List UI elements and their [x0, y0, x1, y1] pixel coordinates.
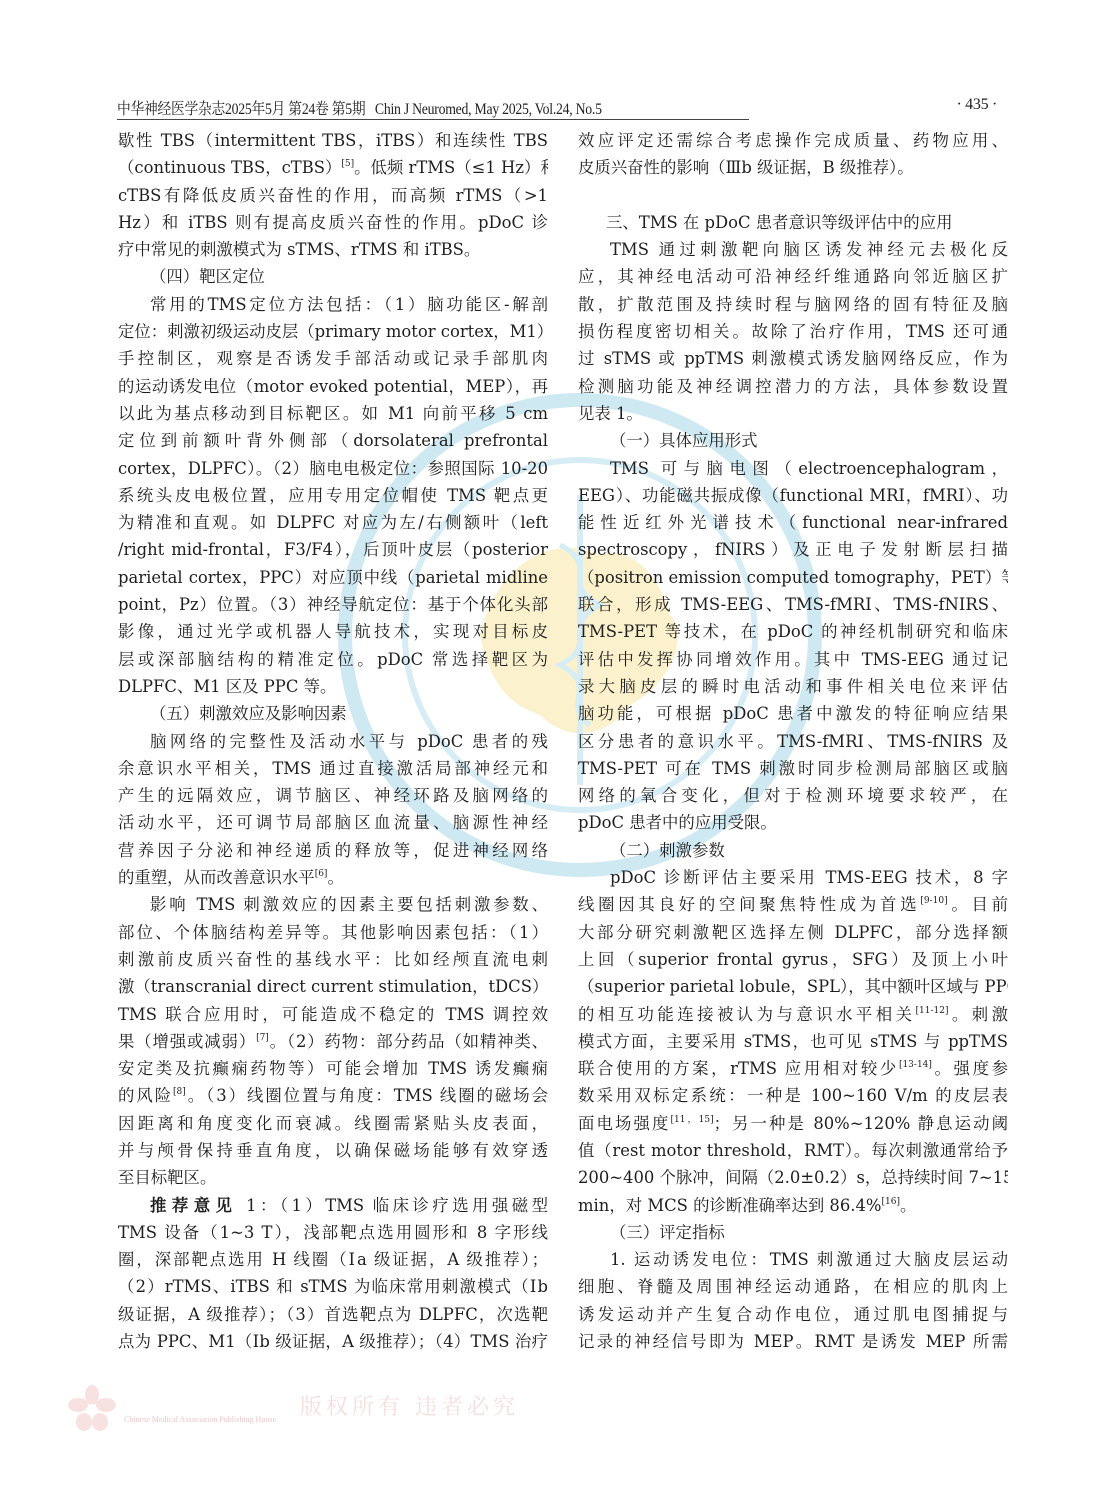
text-line: 1. 运动诱发电位：TMS 刺激通过大脑皮层运动	[578, 1246, 1008, 1273]
text-line: pDoC 诊断评估主要采用 TMS-EEG 技术，8 字	[578, 864, 1008, 891]
text-line: 网络的氧合变化，但对于检测环境要求较严，在	[578, 782, 1008, 809]
text-line: 定位到前额叶背外侧部（dorsolateral prefrontal	[118, 427, 548, 454]
text-line: 定位：刺激初级运动皮层（primary motor cortex，M1）	[118, 318, 548, 345]
text-line: 果（增强或减弱）[7]。（2）药物：部分药品（如精神类、	[118, 1028, 548, 1055]
text-line: Hz）和 iTBS 则有提高皮质兴奋性的作用。pDoC 诊	[118, 209, 548, 236]
text-line: cortex，DLPFC）。（2）脑电电极定位：参照国际 10-20	[118, 455, 548, 482]
text-line: 散，扩散范围及持续时程与脑网络的固有特征及脑	[578, 291, 1008, 318]
text-line: 并与颅骨保持垂直角度，以确保磁场能够有效穿透	[118, 1137, 548, 1164]
page-number: · 435 ·	[956, 96, 997, 114]
text-line: 余意识水平相关，TMS 通过直接激活局部神经元和	[118, 755, 548, 782]
section-heading-indicators: （三）评定指标	[578, 1219, 1008, 1246]
text-line: 检测脑功能及神经调控潜力的方法，具体参数设置	[578, 373, 1008, 400]
citation: [13-14]	[899, 1060, 932, 1070]
text-line: 点为 PPC、M1（Ⅰb 级证据，A 级推荐）；（4）TMS 治疗	[118, 1328, 548, 1355]
recommendation-label: 推荐意见	[150, 1196, 237, 1215]
text-line: 上回（superior frontal gyrus，SFG）及顶上小叶	[578, 946, 1008, 973]
citation: [11，15]	[670, 1115, 713, 1125]
text-line: 联合使用的方案，rTMS 应用相对较少[13-14]。强度参	[578, 1055, 1008, 1082]
text-line: 至目标靶区。	[118, 1164, 548, 1191]
text-line: 影响 TMS 刺激效应的因素主要包括刺激参数、	[118, 891, 548, 918]
text-line: 皮质兴奋性的影响（Ⅲb 级证据，B 级推荐）。	[578, 154, 1008, 181]
right-column: 效应评定还需综合考虑操作完成质量、药物应用、 皮质兴奋性的影响（Ⅲb 级证据，B…	[578, 127, 1008, 1355]
section-title-3: 三、TMS 在 pDoC 患者意识等级评估中的应用	[578, 209, 1008, 236]
text-line: 级证据，A 级推荐）；（3）首选靶点为 DLPFC，次选靶	[118, 1301, 548, 1328]
text-line: 产生的远隔效应，调节脑区、神经环路及脑网络的	[118, 782, 548, 809]
text-line: 面电场强度[11，15]；另一种是 80%~120% 静息运动阈	[578, 1110, 1008, 1137]
text-line: （superior parietal lobule，SPL），其中额叶区域与 P…	[578, 973, 1008, 1000]
text-line: TMS 通过刺激靶向脑区诱发神经元去极化反	[578, 236, 1008, 263]
section-heading-effects: （五）刺激效应及影响因素	[118, 700, 548, 727]
citation: [6]	[315, 869, 328, 879]
text-line: 圈，深部靶点选用 H 线圈（Ⅰa 级证据，A 级推荐）；	[118, 1246, 548, 1273]
text-line: 损伤程度密切相关。故除了治疗作用，TMS 还可通	[578, 318, 1008, 345]
text-line: 能性近红外光谱技术（functional near-infrared	[578, 509, 1008, 536]
text-line: 的风险[8]。（3）线圈位置与角度：TMS 线圈的磁场会	[118, 1082, 548, 1109]
text-line: 安定类及抗癫痫药物等）可能会增加 TMS 诱发癫痫	[118, 1055, 548, 1082]
running-header: 中华神经医学杂志2025年5月 第24卷 第5期 Chin J Neuromed…	[117, 96, 997, 120]
text-line: 歇性 TBS（intermittent TBS，iTBS）和连续性 TBS	[118, 127, 548, 154]
text-line: parietal cortex，PPC）对应顶中线（parietal midli…	[118, 564, 548, 591]
text-line: 因距离和角度变化而衰减。线圈需紧贴头皮表面，	[118, 1110, 548, 1137]
text-line: DLPFC、M1 区及 PPC 等。	[118, 673, 548, 700]
text-line: 大部分研究刺激靶区选择左侧 DLPFC，部分选择额	[578, 919, 1008, 946]
text-line: 模式方面，主要采用 sTMS，也可见 sTMS 与 ppTMS	[578, 1028, 1008, 1055]
copyright-watermark: 版权所有 违者必究	[300, 1390, 519, 1421]
text-line: TMS 设备（1~3 T），浅部靶点选用圆形和 8 字形线	[118, 1219, 548, 1246]
text-line: point，Pz）位置。（3）神经导航定位：基于个体化头部	[118, 591, 548, 618]
text-line: （positron emission computed tomography，P…	[578, 564, 1008, 591]
text-line: 手控制区，观察是否诱发手部活动或记录手部肌肉	[118, 345, 548, 372]
journal-citation: 中华神经医学杂志2025年5月 第24卷 第5期 Chin J Neuromed…	[117, 96, 602, 119]
text-line: 的重塑，从而改善意识水平[6]。	[118, 864, 548, 891]
text-line: 诱发运动并产生复合动作电位，通过肌电图捕捉与	[578, 1301, 1008, 1328]
text-line: min，对 MCS 的诊断准确率达到 86.4%[16]。	[578, 1192, 1008, 1219]
citation: [11-12]	[915, 1006, 948, 1016]
text-line: 区分患者的意识水平。TMS-fMRI、TMS-fNIRS 及	[578, 728, 1008, 755]
text-line: 的运动诱发电位（motor evoked potential，MEP），再	[118, 373, 548, 400]
text-line: 营养因子分泌和神经递质的释放等，促进神经网络	[118, 837, 548, 864]
text-line: spectroscopy，fNIRS）及正电子发射断层扫描	[578, 536, 1008, 563]
publisher-logo-icon	[68, 1385, 116, 1433]
text-line: 为精准和直观。如 DLPFC 对应为左/右侧额叶（left	[118, 509, 548, 536]
recommendation-line: 推荐意见 1：（1）TMS 临床诊疗选用强磁型	[118, 1192, 548, 1219]
text-line: 疗中常见的刺激模式为 sTMS、rTMS 和 iTBS。	[118, 236, 548, 263]
section-heading-targeting: （四）靶区定位	[118, 263, 548, 290]
text-line: 以此为基点移动到目标靶区。如 M1 向前平移 5 cm	[118, 400, 548, 427]
text-line: 细胞、脊髓及周围神经运动通路，在相应的肌肉上	[578, 1273, 1008, 1300]
text-line: 应，其神经电活动可沿神经纤维通路向邻近脑区扩	[578, 263, 1008, 290]
text-line: 记录的神经信号即为 MEP。RMT 是诱发 MEP 所需	[578, 1328, 1008, 1355]
text-line: TMS-PET 可在 TMS 刺激时同步检测局部脑区或脑	[578, 755, 1008, 782]
text-line: 常用的TMS定位方法包括：（1）脑功能区-解剖	[118, 291, 548, 318]
text-line: 部位、个体脑结构差异等。其他影响因素包括：（1）	[118, 919, 548, 946]
text-line: 数采用双标定系统：一种是 100~160 V/m 的皮层表	[578, 1082, 1008, 1109]
text-line: 的相互功能连接被认为与意识水平相关[11-12]。刺激	[578, 1001, 1008, 1028]
text-line: 活动水平，还可调节局部脑区血流量、脑源性神经	[118, 809, 548, 836]
section-heading-params: （二）刺激参数	[578, 837, 1008, 864]
text-line: /right mid-frontal，F3/F4），后顶叶皮层（posterio…	[118, 536, 548, 563]
text-line: （2）rTMS、iTBS 和 sTMS 为临床常用刺激模式（Ⅰb	[118, 1273, 548, 1300]
text-line: 录大脑皮层的瞬时电活动和事件相关电位来评估	[578, 673, 1008, 700]
citation: [16]	[882, 1197, 900, 1207]
journal-en: Chin J Neuromed, May 2025, Vol.24, No.5	[375, 101, 602, 118]
text-line: 评估中发挥协同增效作用。其中 TMS-EEG 通过记	[578, 646, 1008, 673]
text-line: cTBS有降低皮质兴奋性的作用，而高频 rTMS（>1	[118, 182, 548, 209]
text-line: 系统头皮电极位置，应用专用定位帽使 TMS 靶点更	[118, 482, 548, 509]
text-line: 联合，形成 TMS-EEG、TMS-fMRI、TMS-fNIRS、	[578, 591, 1008, 618]
text-line: 脑网络的完整性及活动水平与 pDoC 患者的残	[118, 728, 548, 755]
text-line: TMS-PET 等技术，在 pDoC 的神经机制研究和临床	[578, 618, 1008, 645]
citation: [8]	[173, 1087, 186, 1097]
citation: [5]	[341, 159, 354, 169]
text-line: 线圈因其良好的空间聚焦特性成为首选[9-10]。目前	[578, 891, 1008, 918]
text-line: 200~400 个脉冲，间隔（2.0±0.2）s，总持续时间 7~15	[578, 1164, 1008, 1191]
text-line: TMS 可与脑电图（electroencephalogram，	[578, 455, 1008, 482]
header-rule	[117, 119, 749, 120]
text-line: 值（rest motor threshold，RMT）。每次刺激通常给予	[578, 1137, 1008, 1164]
citation: [9-10]	[920, 896, 947, 906]
text-line: 效应评定还需综合考虑操作完成质量、药物应用、	[578, 127, 1008, 154]
text-line: 脑功能，可根据 pDoC 患者中激发的特征响应结果	[578, 700, 1008, 727]
left-column: 歇性 TBS（intermittent TBS，iTBS）和连续性 TBS （c…	[118, 127, 548, 1355]
text-line: 激（transcranial direct current stimulatio…	[118, 973, 548, 1000]
text-line: 见表 1。	[578, 400, 1008, 427]
citation: [7]	[256, 1033, 269, 1043]
journal-cn: 中华神经医学杂志2025年5月 第24卷 第5期	[117, 101, 365, 118]
text-line: EEG）、功能磁共振成像（functional MRI，fMRI）、功	[578, 482, 1008, 509]
section-heading-forms: （一）具体应用形式	[578, 427, 1008, 454]
text-line: TMS 联合应用时，可能造成不稳定的 TMS 调控效	[118, 1001, 548, 1028]
text-line: pDoC 患者中的应用受限。	[578, 809, 1008, 836]
text-line: 刺激前皮质兴奋性的基线水平：比如经颅直流电刺	[118, 946, 548, 973]
text-line: 影像，通过光学或机器人导航技术，实现对目标皮	[118, 618, 548, 645]
text-line: （continuous TBS，cTBS）[5]。低频 rTMS（≤1 Hz）和	[118, 154, 548, 181]
publisher-name: Chinese Medical Association Publishing H…	[124, 1415, 276, 1424]
text-line: 层或深部脑结构的精准定位。pDoC 常选择靶区为	[118, 646, 548, 673]
text-line: 过 sTMS 或 ppTMS 刺激模式诱发脑网络反应，作为	[578, 345, 1008, 372]
